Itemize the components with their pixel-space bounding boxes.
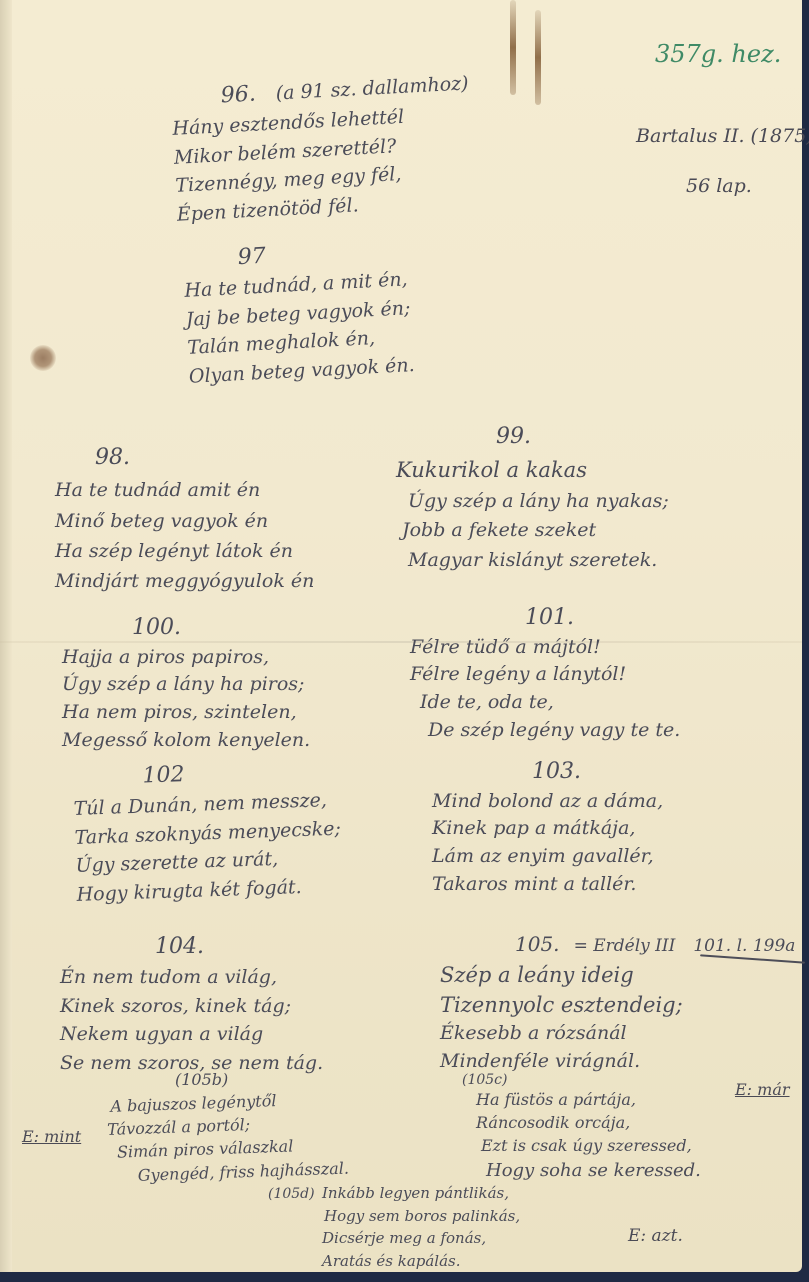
song-line: Tizennyolc esztendeig; (440, 990, 795, 1020)
song-98: 98. Ha te tudnád amit én Minő beteg vagy… (55, 440, 314, 597)
song-number: 103. (532, 756, 663, 788)
page-reference: 56 lap. (686, 172, 752, 201)
song-number: 99. (496, 420, 669, 454)
song-line: Ha füstös a pártája, (476, 1088, 701, 1111)
manuscript-page: 357g. hez. Bartalus II. (1875) 56 lap. 9… (0, 0, 802, 1272)
song-line: Ezt is csak úgy szeressed, (481, 1134, 701, 1157)
margin-note-105b: E: mint (22, 1125, 81, 1149)
song-source-note: = Erdély III (574, 936, 676, 956)
song-line: Ha te tudnád amit én (55, 475, 314, 505)
song-number: 96. (220, 82, 256, 109)
song-line: Dicsérje meg a fonás, (322, 1227, 520, 1250)
song-96: 96. (a 91 sz. dallamhoz) Hány esztendős … (170, 66, 475, 228)
catalog-mark: 357g. hez. (655, 36, 781, 72)
song-line: Félre legény a lánytól! (410, 661, 680, 689)
song-line: Én nem tudom a világ, (60, 963, 323, 992)
song-line: Takaros mint a tallér. (432, 871, 663, 899)
song-line: Ha nem piros, szintelen, (62, 699, 310, 727)
song-number: 98. (95, 440, 314, 475)
song-105d: Inkább legyen pántlikás, Hogy sem boros … (322, 1182, 520, 1272)
song-102: 102 Túl a Dunán, nem messze, Tarka szokn… (72, 753, 343, 909)
song-100: 100. Hajja a piros papiros, Úgy szép a l… (62, 612, 310, 754)
ink-stain (30, 345, 56, 371)
song-line: De szép legény vagy te te. (428, 717, 680, 745)
song-line: Minő beteg vagyok én (55, 506, 314, 536)
song-104: 104. Én nem tudom a világ, Kinek szoros,… (60, 930, 323, 1077)
source-reference: Bartalus II. (1875) (636, 122, 809, 151)
song-line: Hogy sem boros palinkás, (324, 1205, 520, 1228)
song-number: 100. (132, 612, 310, 644)
song-line: Kinek pap a mátkája, (432, 815, 663, 843)
song-97: 97 Ha te tudnád, a mit én, Jaj be beteg … (182, 232, 415, 391)
song-105b: A bajuszos legénytől Távozzál a portól; … (105, 1087, 349, 1188)
song-line: Nekem ugyan a világ (60, 1020, 323, 1049)
margin-note-105c: E: már (735, 1078, 790, 1102)
song-line: Mind bolond az a dáma, (432, 788, 663, 816)
song-line: Ráncosodik orcája, (476, 1111, 701, 1134)
song-line: Magyar kislányt szeretek. (408, 546, 669, 575)
song-number: 105. (515, 932, 560, 956)
song-99: 99. Kukurikol a kakas Úgy szép a lány ha… (396, 420, 669, 575)
paper-edge (0, 0, 12, 1272)
song-line: Ha szép legényt látok én (55, 536, 314, 566)
song-line: Mindjárt meggyógyulok én (55, 566, 314, 596)
binding-hole-mark (535, 10, 541, 105)
song-number-105d: (105d) (268, 1184, 315, 1205)
song-line: Szép a leány ideig (440, 960, 795, 990)
song-line: Jobb a fekete szeket (402, 516, 669, 545)
song-line: Ékesebb a rózsánál (440, 1020, 795, 1048)
song-line: Hajja a piros papiros, (62, 644, 310, 672)
song-103: 103. Mind bolond az a dáma, Kinek pap a … (432, 756, 663, 898)
song-105c: Ha füstös a pártája, Ráncosodik orcája, … (476, 1088, 701, 1184)
song-101: 101. Félre tüdő a májtól! Félre legény a… (410, 602, 680, 744)
song-line: Úgy szép a lány ha piros; (62, 671, 310, 699)
binding-hole-mark (510, 0, 516, 95)
song-line: Ide te, oda te, (420, 689, 680, 717)
song-105: 105. = Erdély III 101. l. 199a Szép a le… (440, 930, 795, 1076)
song-number: 101. (525, 602, 680, 634)
song-number-105b: (105b) (175, 1068, 228, 1092)
song-line: Inkább legyen pántlikás, (322, 1182, 520, 1205)
song-line: Megesső kolom kenyelen. (62, 727, 310, 755)
song-page-ref: 101. l. 199a (693, 936, 795, 956)
song-line: Kukurikol a kakas (396, 454, 669, 487)
song-number: 104. (155, 930, 323, 963)
margin-note-105d: E: azt. (628, 1224, 683, 1250)
song-note: (a 91 sz. dallamhoz) (275, 72, 469, 104)
song-line: Aratás és kapálás. (322, 1250, 520, 1273)
song-line: Úgy szép a lány ha nyakas; (408, 487, 669, 516)
song-line: Félre tüdő a májtól! (410, 634, 680, 662)
song-line: Lám az enyim gavallér, (432, 843, 663, 871)
song-line: Hogy soha se keressed. (486, 1158, 701, 1184)
song-line: Kinek szoros, kinek tág; (60, 992, 323, 1021)
